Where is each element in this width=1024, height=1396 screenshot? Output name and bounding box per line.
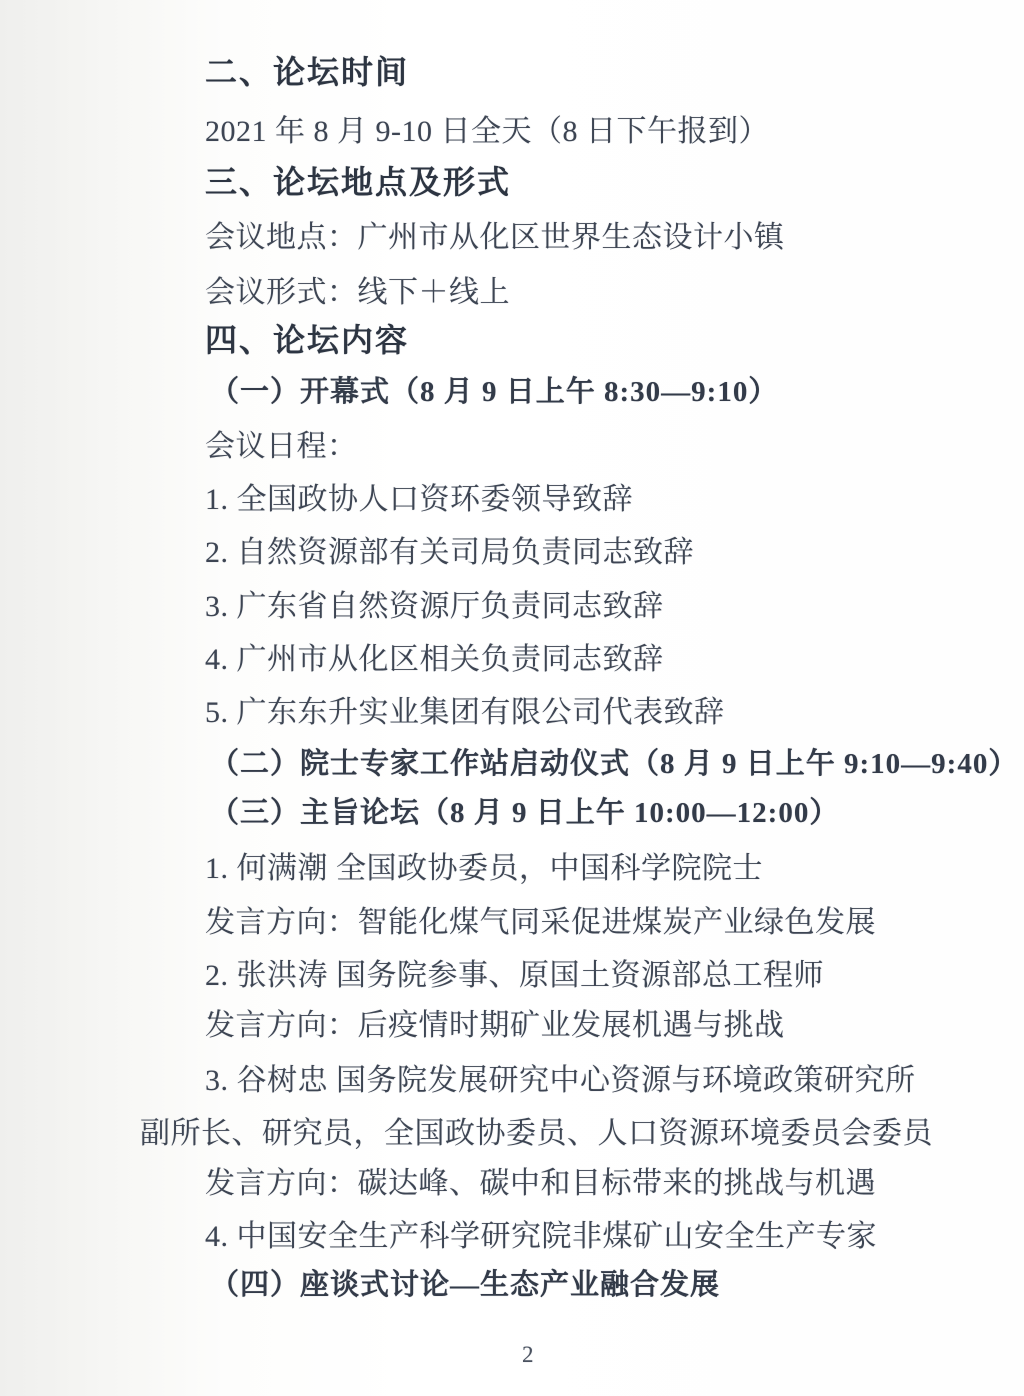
agenda-label: 会议日程： xyxy=(205,421,358,465)
speaker-3-title-continuation: 副所长、研究员，全国政协委员、人口资源环境委员会委员 xyxy=(140,1108,933,1152)
venue-location: 会议地点：广州市从化区世界生态设计小镇 xyxy=(205,212,785,256)
panel-discussion-title: （四）座谈式讨论—生态产业融合发展 xyxy=(210,1262,720,1303)
scanned-document-page: 二、论坛时间 2021 年 8 月 9-10 日全天（8 日下午报到） 三、论坛… xyxy=(0,0,1024,1396)
heading-forum-content: 四、论坛内容 xyxy=(205,315,409,361)
page-number: 2 xyxy=(522,1342,534,1368)
speaker-2-name: 2. 张洪涛 国务院参事、原国土资源部总工程师 xyxy=(205,950,824,994)
speaker-1-name: 1. 何满潮 全国政协委员，中国科学院院士 xyxy=(205,843,763,887)
keynote-forum-title: （三）主旨论坛（8 月 9 日上午 10:00—12:00） xyxy=(210,790,839,831)
agenda-item-3: 3. 广东省自然资源厅负责同志致辞 xyxy=(205,581,664,625)
heading-forum-venue: 三、论坛地点及形式 xyxy=(205,157,511,203)
agenda-item-2: 2. 自然资源部有关司局负责同志致辞 xyxy=(205,527,694,571)
speaker-4-name: 4. 中国安全生产科学研究院非煤矿山安全生产专家 xyxy=(205,1211,877,1255)
speaker-2-topic: 发言方向：后疫情时期矿业发展机遇与挑战 xyxy=(205,1000,785,1044)
agenda-item-4: 4. 广州市从化区相关负责同志致辞 xyxy=(205,634,664,678)
venue-format: 会议形式：线下＋线上 xyxy=(205,267,510,311)
agenda-item-5: 5. 广东东升实业集团有限公司代表致辞 xyxy=(205,687,725,731)
forum-time-value: 2021 年 8 月 9-10 日全天（8 日下午报到） xyxy=(205,106,769,150)
workstation-launch-title: （二）院士专家工作站启动仪式（8 月 9 日上午 9:10—9:40） xyxy=(210,741,1018,782)
speaker-3-topic: 发言方向：碳达峰、碳中和目标带来的挑战与机遇 xyxy=(205,1158,876,1202)
speaker-1-topic: 发言方向：智能化煤气同采促进煤炭产业绿色发展 xyxy=(205,897,876,941)
heading-forum-time: 二、论坛时间 xyxy=(205,47,409,93)
opening-ceremony-title: （一）开幕式（8 月 9 日上午 8:30—9:10） xyxy=(210,369,778,410)
agenda-item-1: 1. 全国政协人口资环委领导致辞 xyxy=(205,474,633,518)
speaker-3-name: 3. 谷树忠 国务院发展研究中心资源与环境政策研究所 xyxy=(205,1055,916,1099)
